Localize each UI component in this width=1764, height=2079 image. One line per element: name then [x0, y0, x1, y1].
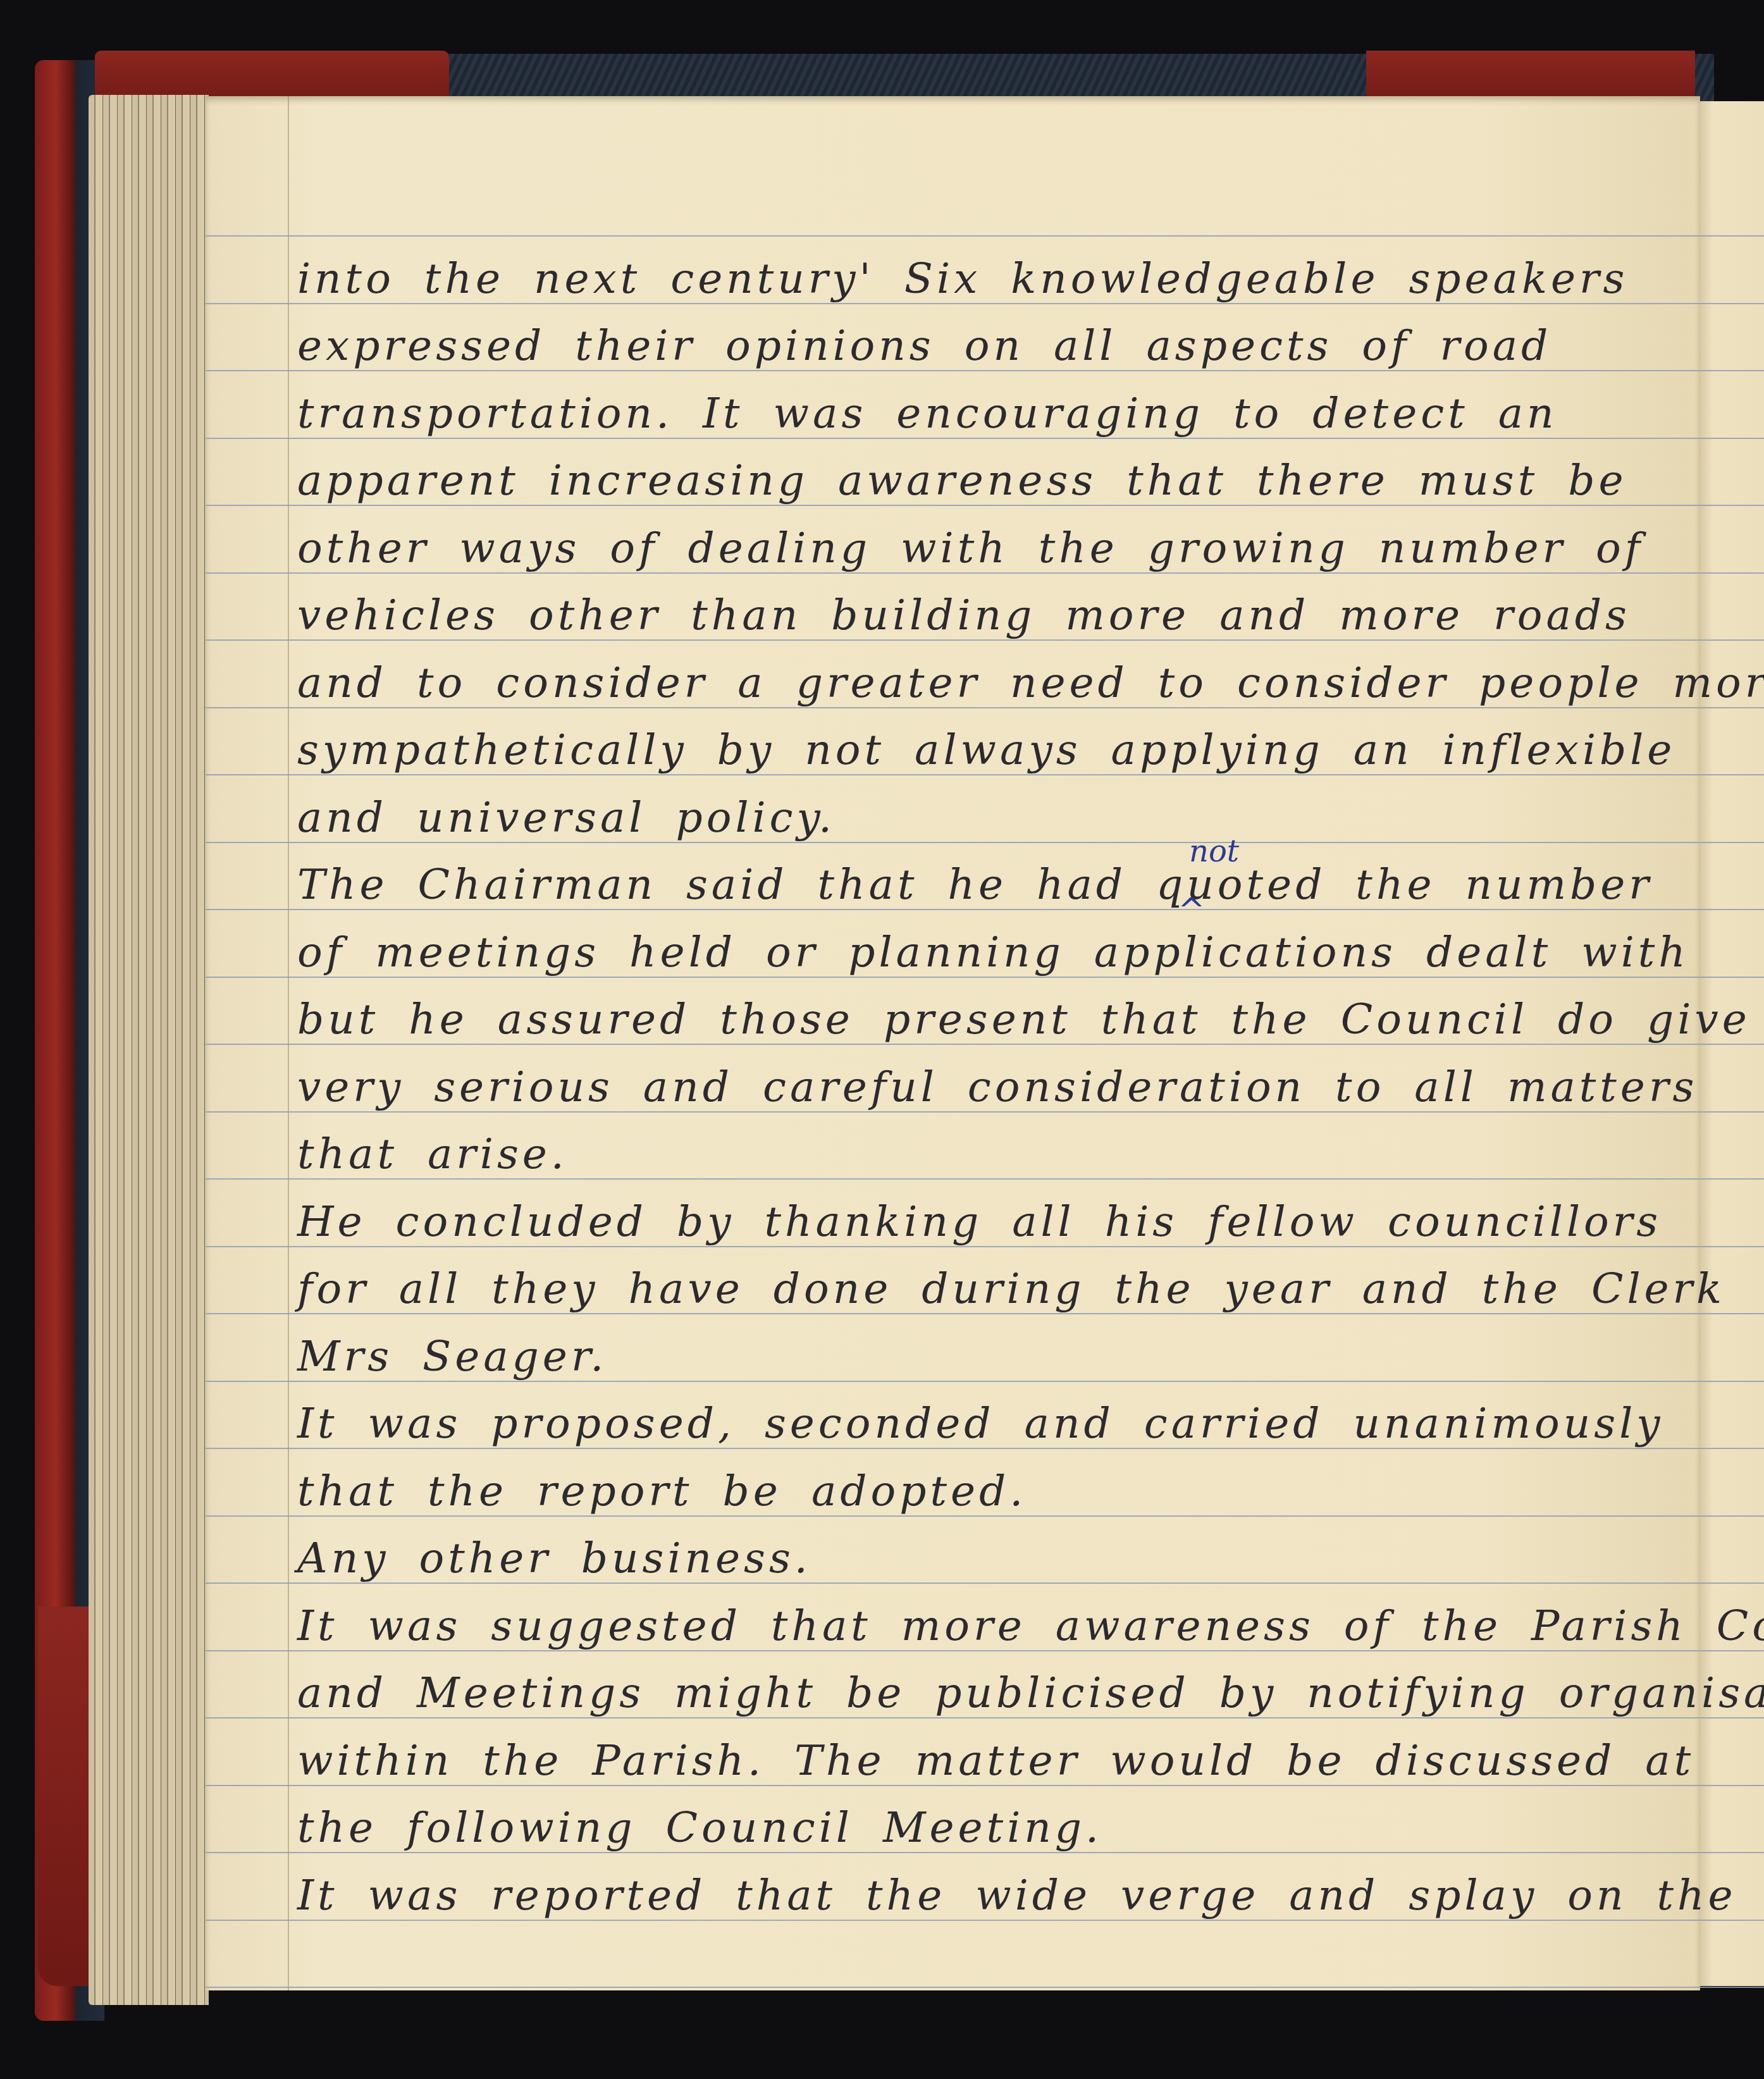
text-line: and Meetings might be publicised by noti…: [297, 1662, 1689, 1725]
ruled-line: [206, 235, 1764, 237]
text-line: for all they have done during the year a…: [297, 1257, 1689, 1321]
text-line: apparent increasing awareness that there…: [297, 449, 1689, 512]
text-line: and to consider a greater need to consid…: [297, 651, 1689, 715]
text-line: transportation. It was encouraging to de…: [297, 382, 1689, 445]
text-line: very serious and careful consideration t…: [297, 1056, 1689, 1119]
text-line: into the next century' Six knowledgeable…: [297, 247, 1689, 311]
text-line: vehicles other than building more and mo…: [297, 584, 1689, 647]
page-stack-edges: [89, 95, 209, 2005]
text-line: expressed their opinions on all aspects …: [297, 314, 1689, 378]
text-line: It was reported that the wide verge and …: [297, 1864, 1689, 1927]
text-line: It was suggested that more awareness of …: [297, 1595, 1689, 1658]
text-line: Any other business.: [297, 1527, 1689, 1590]
text-line: that arise.: [297, 1123, 1689, 1186]
ruled-line: [206, 1987, 1764, 1988]
insertion-caret: ^: [1178, 892, 1206, 930]
text-line: but he assured those present that the Co…: [297, 988, 1689, 1051]
text-line: He concluded by thanking all his fellow …: [297, 1190, 1689, 1254]
text-line: of meetings held or planning application…: [297, 921, 1689, 984]
text-line: within the Parish. The matter would be d…: [297, 1729, 1689, 1792]
text-line: and universal policy.: [297, 786, 1689, 849]
text-line: sympathetically by not always applying a…: [297, 719, 1689, 782]
text-line: The Chairman said that he had quoted the…: [297, 853, 1689, 916]
inserted-word-not: not: [1189, 834, 1239, 869]
text-line: that the report be adopted.: [297, 1460, 1689, 1523]
text-line: It was proposed, seconded and carried un…: [297, 1392, 1689, 1455]
text-line: Mrs Seager.: [297, 1325, 1689, 1388]
text-line: the following Council Meeting.: [297, 1796, 1689, 1860]
text-line: other ways of dealing with the growing n…: [297, 517, 1689, 580]
